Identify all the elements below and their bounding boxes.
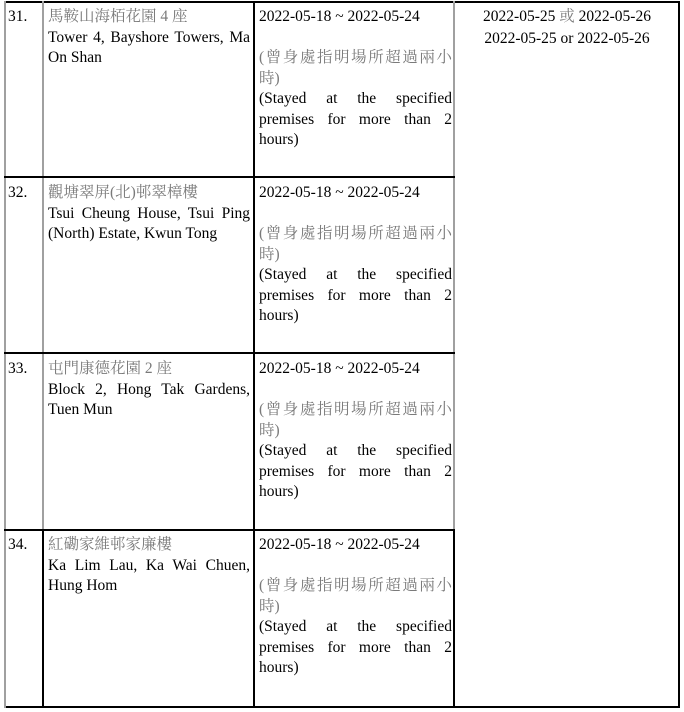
period-dates: 2022-05-18 ~ 2022-05-24	[259, 359, 452, 380]
period-dates: 2022-05-18 ~ 2022-05-24	[259, 7, 452, 28]
location-chinese: 觀塘翠屏(北)邨翠樟樓	[48, 183, 250, 204]
location-english: Tsui Cheung House, Tsui Ping (North) Est…	[48, 204, 250, 245]
test-date-2: 2022-05-26	[579, 8, 651, 25]
period-cell: 2022-05-18 ~ 2022-05-24 (曾身處指明場所超過兩小時) (…	[259, 183, 452, 327]
note-english: (Stayed at the specified premises for mo…	[259, 441, 452, 503]
test-date-1: 2022-05-25	[483, 8, 555, 25]
period-dates: 2022-05-18 ~ 2022-05-24	[259, 183, 452, 204]
test-dates-cell: 2022-05-25 或 2022-05-26 2022-05-25 or 20…	[456, 6, 678, 50]
row-number: 34.	[8, 535, 40, 556]
test-dates-chinese: 2022-05-25 或 2022-05-26	[456, 6, 678, 28]
location-chinese: 紅磡家維邨家廉樓	[48, 535, 250, 556]
location-english: Ka Lim Lau, Ka Wai Chuen, Hung Hom	[48, 556, 250, 597]
period-dates: 2022-05-18 ~ 2022-05-24	[259, 535, 452, 556]
location-chinese: 馬鞍山海栢花園 4 座	[48, 7, 250, 28]
location-chinese: 屯門康德花園 2 座	[48, 359, 250, 380]
period-cell: 2022-05-18 ~ 2022-05-24 (曾身處指明場所超過兩小時) (…	[259, 535, 452, 679]
note-chinese: (曾身處指明場所超過兩小時)	[259, 576, 452, 617]
note-english: (Stayed at the specified premises for mo…	[259, 265, 452, 327]
note-chinese: (曾身處指明場所超過兩小時)	[259, 400, 452, 441]
test-dates-english: 2022-05-25 or 2022-05-26	[456, 28, 678, 50]
location-cell: 觀塘翠屏(北)邨翠樟樓 Tsui Cheung House, Tsui Ping…	[48, 183, 250, 245]
row-number: 33.	[8, 359, 40, 380]
location-english: Tower 4, Bayshore Towers, Ma On Shan	[48, 28, 250, 69]
location-cell: 馬鞍山海栢花園 4 座 Tower 4, Bayshore Towers, Ma…	[48, 7, 250, 69]
note-english: (Stayed at the specified premises for mo…	[259, 617, 452, 679]
row-number: 32.	[8, 183, 40, 204]
location-cell: 紅磡家維邨家廉樓 Ka Lim Lau, Ka Wai Chuen, Hung …	[48, 535, 250, 597]
note-chinese: (曾身處指明場所超過兩小時)	[259, 48, 452, 89]
note-english: (Stayed at the specified premises for mo…	[259, 89, 452, 151]
row-number: 31.	[8, 7, 40, 28]
location-cell: 屯門康德花園 2 座 Block 2, Hong Tak Gardens, Tu…	[48, 359, 250, 421]
location-english: Block 2, Hong Tak Gardens, Tuen Mun	[48, 380, 250, 421]
period-cell: 2022-05-18 ~ 2022-05-24 (曾身處指明場所超過兩小時) (…	[259, 359, 452, 503]
or-chinese: 或	[555, 8, 578, 25]
period-cell: 2022-05-18 ~ 2022-05-24 (曾身處指明場所超過兩小時) (…	[259, 7, 452, 151]
note-chinese: (曾身處指明場所超過兩小時)	[259, 224, 452, 265]
